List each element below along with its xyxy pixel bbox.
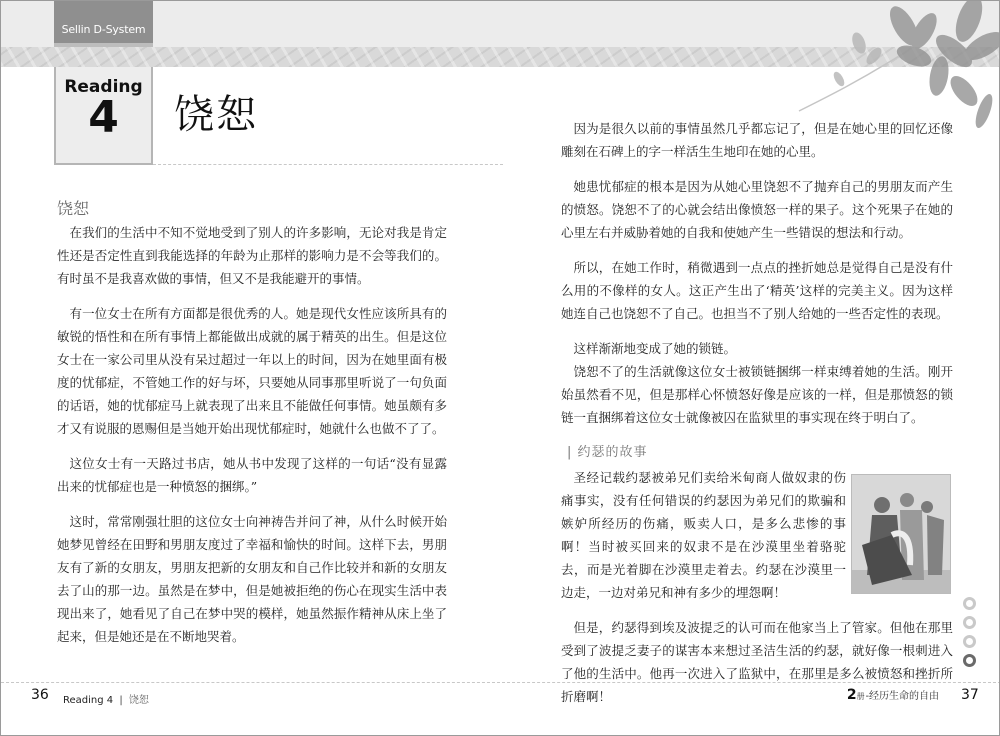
book-spread: Sellin D-System Reading 4 饶恕 饶恕 在我们的生活中不… xyxy=(0,0,1000,736)
paragraph: 有一位女士在所有方面都是很优秀的人。她是现代女性应该所具有的敏锐的悟性和在所有事… xyxy=(57,302,447,440)
paragraph: 饶恕不了的生活就像这位女士被锁链捆绑一样束缚着她的生活。刚开始虽然看不见，但是那… xyxy=(561,360,953,429)
story-block: 圣经记载约瑟被弟兄们卖给米甸商人做奴隶的伤痛事实，没有任何错误的约瑟因为弟兄们的… xyxy=(561,466,953,604)
progress-dot-4-active xyxy=(963,654,976,667)
footer-divider xyxy=(1,682,1000,683)
right-page-number: 37 xyxy=(961,687,979,703)
volume-number: 2 xyxy=(847,687,857,703)
reading-number: 4 xyxy=(56,95,151,141)
right-page-body: 因为是很久以前的事情虽然几乎都忘记了，但是在她心里的回忆还像雕刻在石碑上的字一样… xyxy=(561,117,953,720)
paragraph: 因为是很久以前的事情虽然几乎都忘记了，但是在她心里的回忆还像雕刻在石碑上的字一样… xyxy=(561,117,953,163)
story-illustration xyxy=(851,474,951,594)
series-label: Sellin D-System xyxy=(54,23,153,36)
left-page-body: 饶恕 在我们的生活中不知不觉地受到了别人的许多影响，无论对我是肯定性还是否定性直… xyxy=(57,197,447,660)
story-paragraph: 圣经记载约瑟被弟兄们卖给米甸商人做奴隶的伤痛事实，没有任何错误的约瑟因为弟兄们的… xyxy=(561,466,846,604)
illustration-engraving-icon xyxy=(852,475,951,594)
page-title: 饶恕 xyxy=(174,83,258,140)
section-progress-dots xyxy=(963,597,979,673)
title-divider xyxy=(153,164,503,165)
volume-title: -经历生命的自由 xyxy=(866,691,939,702)
left-page-number: 36 xyxy=(31,687,49,703)
story-heading: | 约瑟的故事 xyxy=(567,441,953,464)
paragraph: 所以，在她工作时，稍微遇到一点点的挫折她总是觉得自己是没有什么用的不像样的女人。… xyxy=(561,256,953,325)
series-tab: Sellin D-System xyxy=(54,1,153,47)
paragraph: 她患忧郁症的根本是因为从她心里饶恕不了抛弃自己的男朋友而产生的愤怒。饶恕不了的心… xyxy=(561,175,953,244)
left-running-footer: Reading 4 | 饶恕 xyxy=(63,691,149,706)
paragraph: 这位女士有一天路过书店，她从书中发现了这样的一句话“没有显露出来的忧郁症也是一种… xyxy=(57,452,447,498)
running-separator: | xyxy=(119,695,122,706)
section-heading: 饶恕 xyxy=(57,197,447,221)
progress-dot-3 xyxy=(963,635,976,648)
paragraph: 在我们的生活中不知不觉地受到了别人的许多影响，无论对我是肯定性还是否定性直到我能… xyxy=(57,221,447,290)
right-running-footer: 2册-经历生命的自由 xyxy=(847,687,939,703)
progress-dot-1 xyxy=(963,597,976,610)
running-reading-label: Reading 4 xyxy=(63,695,113,706)
paragraph: 这时，常常刚强壮胆的这位女士向神祷告并问了神，从什么时候开始她梦见曾经在田野和男… xyxy=(57,510,447,648)
running-title: 饶恕 xyxy=(129,695,149,706)
paragraph: 这样渐渐地变成了她的锁链。 xyxy=(561,337,953,360)
volume-unit: 册 xyxy=(857,692,865,701)
progress-dot-2 xyxy=(963,616,976,629)
reading-number-box: Reading 4 xyxy=(54,67,153,165)
